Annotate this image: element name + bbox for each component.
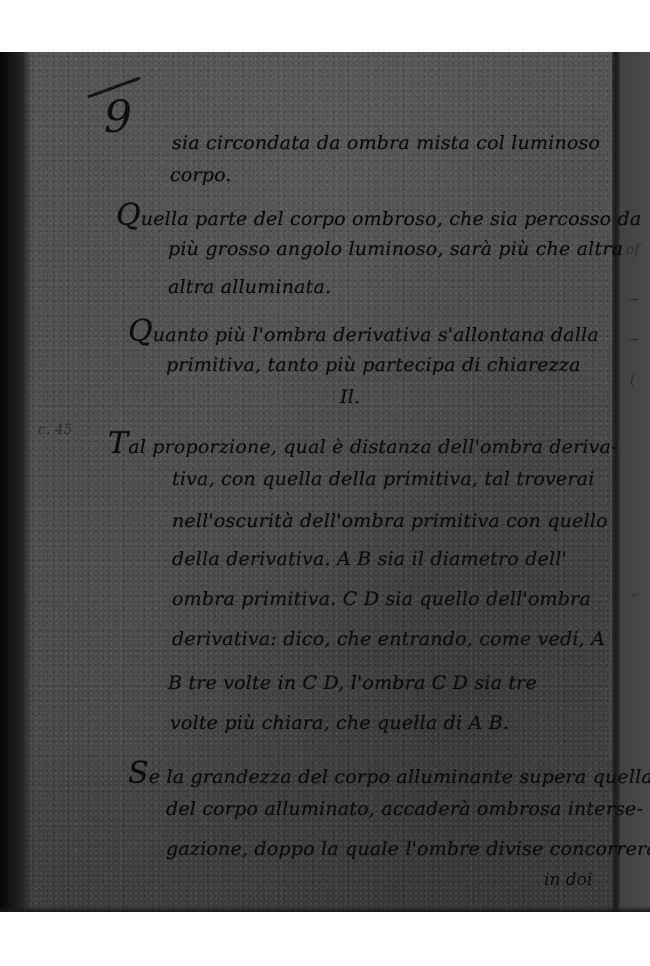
manuscript-page: of ~ ~ ( “ 9 c. 45 sia circondata da omb… xyxy=(0,52,650,912)
facing-page-mark: ~ xyxy=(628,292,640,308)
catchword: in doi xyxy=(544,870,592,890)
text-line-10: tiva, con quella della primitiva, tal tr… xyxy=(172,468,594,490)
margin-note: c. 45 xyxy=(38,422,73,438)
text-line-15: B tre volte in C D, l'ombra C D sia tre xyxy=(168,672,537,694)
text-line-19: gazione, doppo la quale l'ombre divise c… xyxy=(166,838,650,860)
text-line-3: Quella parte del corpo ombroso, che sia … xyxy=(116,198,641,233)
text-line-2: corpo. xyxy=(170,164,232,186)
page-number: 9 xyxy=(104,92,132,143)
text-line-14: derivativa: dico, che entrando, come ved… xyxy=(172,628,605,650)
text-line-16: volte più chiara, che quella di A B. xyxy=(170,712,509,734)
text-line-11: nell'oscurità dell'ombra primitiva con q… xyxy=(172,510,608,532)
facing-page-mark: ~ xyxy=(628,332,640,348)
text-line-5: altra alluminata. xyxy=(168,276,331,298)
facing-page-mark: ( xyxy=(630,372,635,388)
text-line-9: Tal proporzione, qual è distanza dell'om… xyxy=(108,426,618,461)
text-line-13: ombra primitiva. C D sia quello dell'omb… xyxy=(172,588,591,610)
text-line-6: Quanto più l'ombra derivativa s'allontan… xyxy=(128,314,599,349)
facing-page-mark: “ xyxy=(630,592,637,608)
text-line-12: della derivativa. A B sia il diametro de… xyxy=(172,548,567,570)
text-line-7: primitiva, tanto più partecipa di chiare… xyxy=(166,354,581,376)
text-line-1: sia circondata da ombra mista col lumino… xyxy=(172,132,600,154)
text-line-4: più grosso angolo luminoso, sarà più che… xyxy=(168,238,623,260)
facing-page-mark: of xyxy=(626,242,640,258)
text-line-18: del corpo alluminato, accaderà ombrosa i… xyxy=(166,798,643,820)
text-line-17: Se la grandezza del corpo alluminante su… xyxy=(128,756,650,791)
page-bottom-edge xyxy=(0,906,650,912)
binding-edge xyxy=(0,52,32,912)
text-line-8: Il. xyxy=(340,386,360,408)
